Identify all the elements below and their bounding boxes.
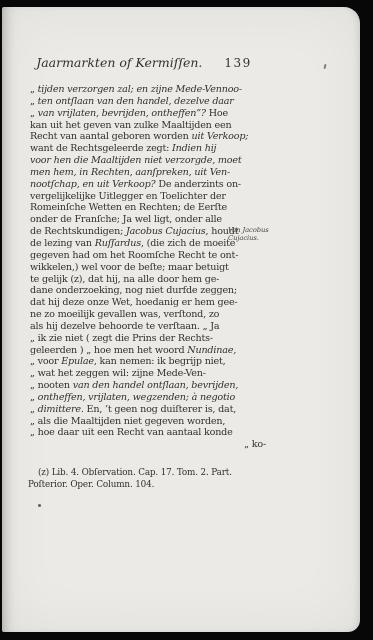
body-text: „ tijden verzorgen zal; en zijne Mede-Ve… bbox=[30, 84, 260, 439]
text-line: „ wat het zeggen wil: zijne Mede-Ven- bbox=[30, 368, 260, 380]
text-line: Recht van aantal geboren worden uit Verk… bbox=[30, 131, 260, 143]
text-line: „ ten ontſlaan van den handel, dezelve d… bbox=[30, 96, 260, 108]
text-line: voor hen die Maaltijden niet verzorgde, … bbox=[30, 155, 260, 167]
text-line: wikkelen,) wel voor de beſte; maar betui… bbox=[30, 262, 260, 274]
text-line: dane onderzoeking, nog niet durfde zegge… bbox=[30, 285, 260, 297]
footnote-line: (z) Lib. 4. Obſervation. Cap. 17. Tom. 2… bbox=[28, 468, 270, 480]
text-line: ne zo moeilijk gevallen was, verſtond, z… bbox=[30, 309, 260, 321]
text-line: „ voor Epulae, kan nemen: ik begrijp nie… bbox=[30, 356, 260, 368]
catchword: „ ko- bbox=[30, 439, 266, 450]
photo-background: { "colors": { "background": "#070707", "… bbox=[0, 0, 373, 640]
text-line: vergelijkelijke Uitlegger en Toelichter … bbox=[30, 191, 260, 203]
margin-note-line: Cujacius. bbox=[228, 234, 274, 242]
footnote-line: Poſterior. Oper. Column. 104. bbox=[28, 480, 270, 492]
text-line: „ ontheffen, vrijlaten, wegzenden; à neg… bbox=[30, 392, 260, 404]
text-line: „ dimittere. En, ’t geen nog duiſterer i… bbox=[30, 404, 260, 416]
text-line: kan uit het geven van zulke Maaltijden e… bbox=[30, 120, 260, 132]
text-line: te gelijk (z), dat hij, na alle door hem… bbox=[30, 274, 260, 286]
text-line: „ als die Maaltijden niet gegeven worden… bbox=[30, 416, 260, 428]
margin-note: Van JacobusCujacius. bbox=[228, 226, 274, 243]
text-line: nootſchap, en uit Verkoop? De anderzints… bbox=[30, 179, 260, 191]
text-line: „ tijden verzorgen zal; en zijne Mede-Ve… bbox=[30, 84, 260, 96]
text-line: „ nooten van den handel ontſlaan, bevrij… bbox=[30, 380, 260, 392]
text-line: men hem, in Rechten, aanſpreken, uit Ven… bbox=[30, 167, 260, 179]
footnote: (z) Lib. 4. Obſervation. Cap. 17. Tom. 2… bbox=[28, 468, 270, 491]
text-line: gegeven had om het Roomſche Recht te ont… bbox=[30, 250, 260, 262]
page-header: Jaarmarkten of Kermiſſen. 139 bbox=[30, 55, 258, 70]
margin-note-line: Van Jacobus bbox=[228, 226, 274, 234]
ink-speck bbox=[38, 504, 41, 507]
text-line: „ ik zie niet ( zegt die Prins der Recht… bbox=[30, 333, 260, 345]
text-line: geleerden ) „ hoe men het woord Nundinae… bbox=[30, 345, 260, 357]
text-line: dat hij deze onze Wet, hoedanig er hem g… bbox=[30, 297, 260, 309]
text-line: de lezing van Ruſſardus, (die zich de mo… bbox=[30, 238, 260, 250]
running-title: Jaarmarkten of Kermiſſen. bbox=[36, 55, 202, 70]
text-line: onder de Franſche; Ja wel ligt, onder al… bbox=[30, 214, 260, 226]
text-line: „ van vrijlaten, bevrijden, ontheffen”? … bbox=[30, 108, 260, 120]
text-line: want de Rechtsgeleerde zegt: Indien hij bbox=[30, 143, 260, 155]
text-line: de Rechtskundigen; Jacobus Cujacius, hou… bbox=[30, 226, 260, 238]
ink-speck bbox=[323, 64, 326, 69]
text-line: Romeinſche Wetten en Rechten; de Eerſte bbox=[30, 202, 260, 214]
book-page: Jaarmarkten of Kermiſſen. 139 „ tijden v… bbox=[2, 7, 360, 632]
text-line: „ hoe daar uit een Recht van aantaal kon… bbox=[30, 427, 260, 439]
page-number: 139 bbox=[224, 56, 251, 70]
text-line: als hij dezelve behoorde te verſtaan. „ … bbox=[30, 321, 260, 333]
